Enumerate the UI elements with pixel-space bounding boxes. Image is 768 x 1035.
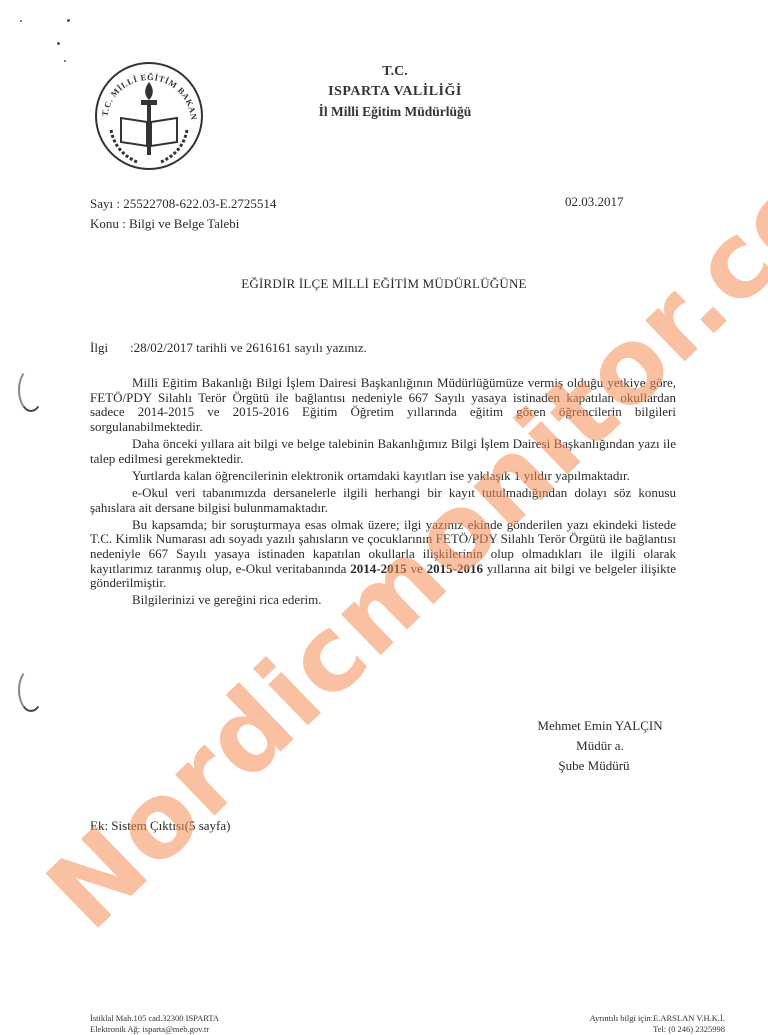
footer-address: İstiklal Mah.105 cad.32300 ISPARTA Elekt… bbox=[90, 1013, 219, 1035]
recipient-heading: EĞİRDİR İLÇE MİLLİ EĞİTİM MÜDÜRLÜĞÜNE bbox=[0, 276, 768, 292]
body-paragraph: Yurtlarda kalan öğrencilerinin elektroni… bbox=[90, 469, 676, 484]
signatory-position: Şube Müdürü bbox=[504, 756, 684, 776]
footer-contact-person: Ayrıntılı bilgi için:E.ARSLAN V.H.K.İ. bbox=[503, 1013, 725, 1024]
document-page: T.C. MİLLİ EĞİTİM BAKANLIĞI T.C. ISPARTA… bbox=[0, 0, 768, 1035]
letterhead-directorate: İl Milli Eğitim Müdürlüğü bbox=[290, 102, 500, 122]
scan-speck bbox=[64, 60, 66, 62]
footer-address-line: İstiklal Mah.105 cad.32300 ISPARTA bbox=[90, 1013, 219, 1024]
letterhead-tc: T.C. bbox=[290, 62, 500, 82]
signature-block: Mehmet Emin YALÇIN Müdür a. Şube Müdürü bbox=[510, 716, 690, 776]
footer-contact: Ayrıntılı bilgi için:E.ARSLAN V.H.K.İ. T… bbox=[503, 1013, 725, 1035]
scan-speck bbox=[20, 20, 22, 22]
document-date: 02.03.2017 bbox=[565, 194, 624, 210]
body-paragraph: Milli Eğitim Bakanlığı Bilgi İşlem Daire… bbox=[90, 376, 676, 434]
body-paragraph: Bu kapsamda; bir soruşturmaya esas olmak… bbox=[90, 518, 676, 591]
academic-year-bold: 2014-2015 bbox=[350, 561, 406, 576]
footer-email-line: Elektronik Ağ: isparta@meb.gov.tr bbox=[90, 1024, 219, 1035]
footer-phone: Tel: (0 246) 2325998 bbox=[503, 1024, 725, 1035]
reference-label: İlgi bbox=[90, 340, 130, 356]
attachment-note: Ek: Sistem Çıktısı(5 sayfa) bbox=[90, 818, 230, 834]
letterhead: T.C. ISPARTA VALİLİĞİ İl Milli Eğitim Mü… bbox=[290, 62, 500, 122]
academic-year-bold: 2015-2016 bbox=[427, 561, 483, 576]
body-paragraph: Daha önceki yıllara ait bilgi ve belge t… bbox=[90, 437, 676, 466]
scan-speck bbox=[57, 42, 60, 45]
body-paragraph: e-Okul veri tabanımızda dersanelerle ilg… bbox=[90, 486, 676, 515]
punch-hole-mark bbox=[18, 668, 44, 712]
letter-body: Milli Eğitim Bakanlığı Bilgi İşlem Daire… bbox=[90, 376, 676, 610]
scan-speck bbox=[67, 19, 70, 22]
meb-emblem-icon: T.C. MİLLİ EĞİTİM BAKANLIĞI bbox=[93, 60, 205, 172]
punch-hole-mark bbox=[18, 368, 44, 412]
reference-line: İlgi:28/02/2017 tarihli ve 2616161 sayıl… bbox=[90, 340, 367, 356]
signatory-title: Müdür a. bbox=[510, 736, 690, 756]
reference-text: :28/02/2017 tarihli ve 2616161 sayılı ya… bbox=[130, 340, 367, 355]
subject-line: Konu : Bilgi ve Belge Talebi bbox=[90, 214, 239, 234]
body-text: ve bbox=[407, 561, 427, 576]
letterhead-governorship: ISPARTA VALİLİĞİ bbox=[290, 82, 500, 102]
reference-number: Sayı : 25522708-622.03-E.2725514 bbox=[90, 194, 276, 214]
signatory-name: Mehmet Emin YALÇIN bbox=[510, 716, 690, 736]
closing-paragraph: Bilgilerinizi ve gereğini rica ederim. bbox=[90, 593, 676, 608]
